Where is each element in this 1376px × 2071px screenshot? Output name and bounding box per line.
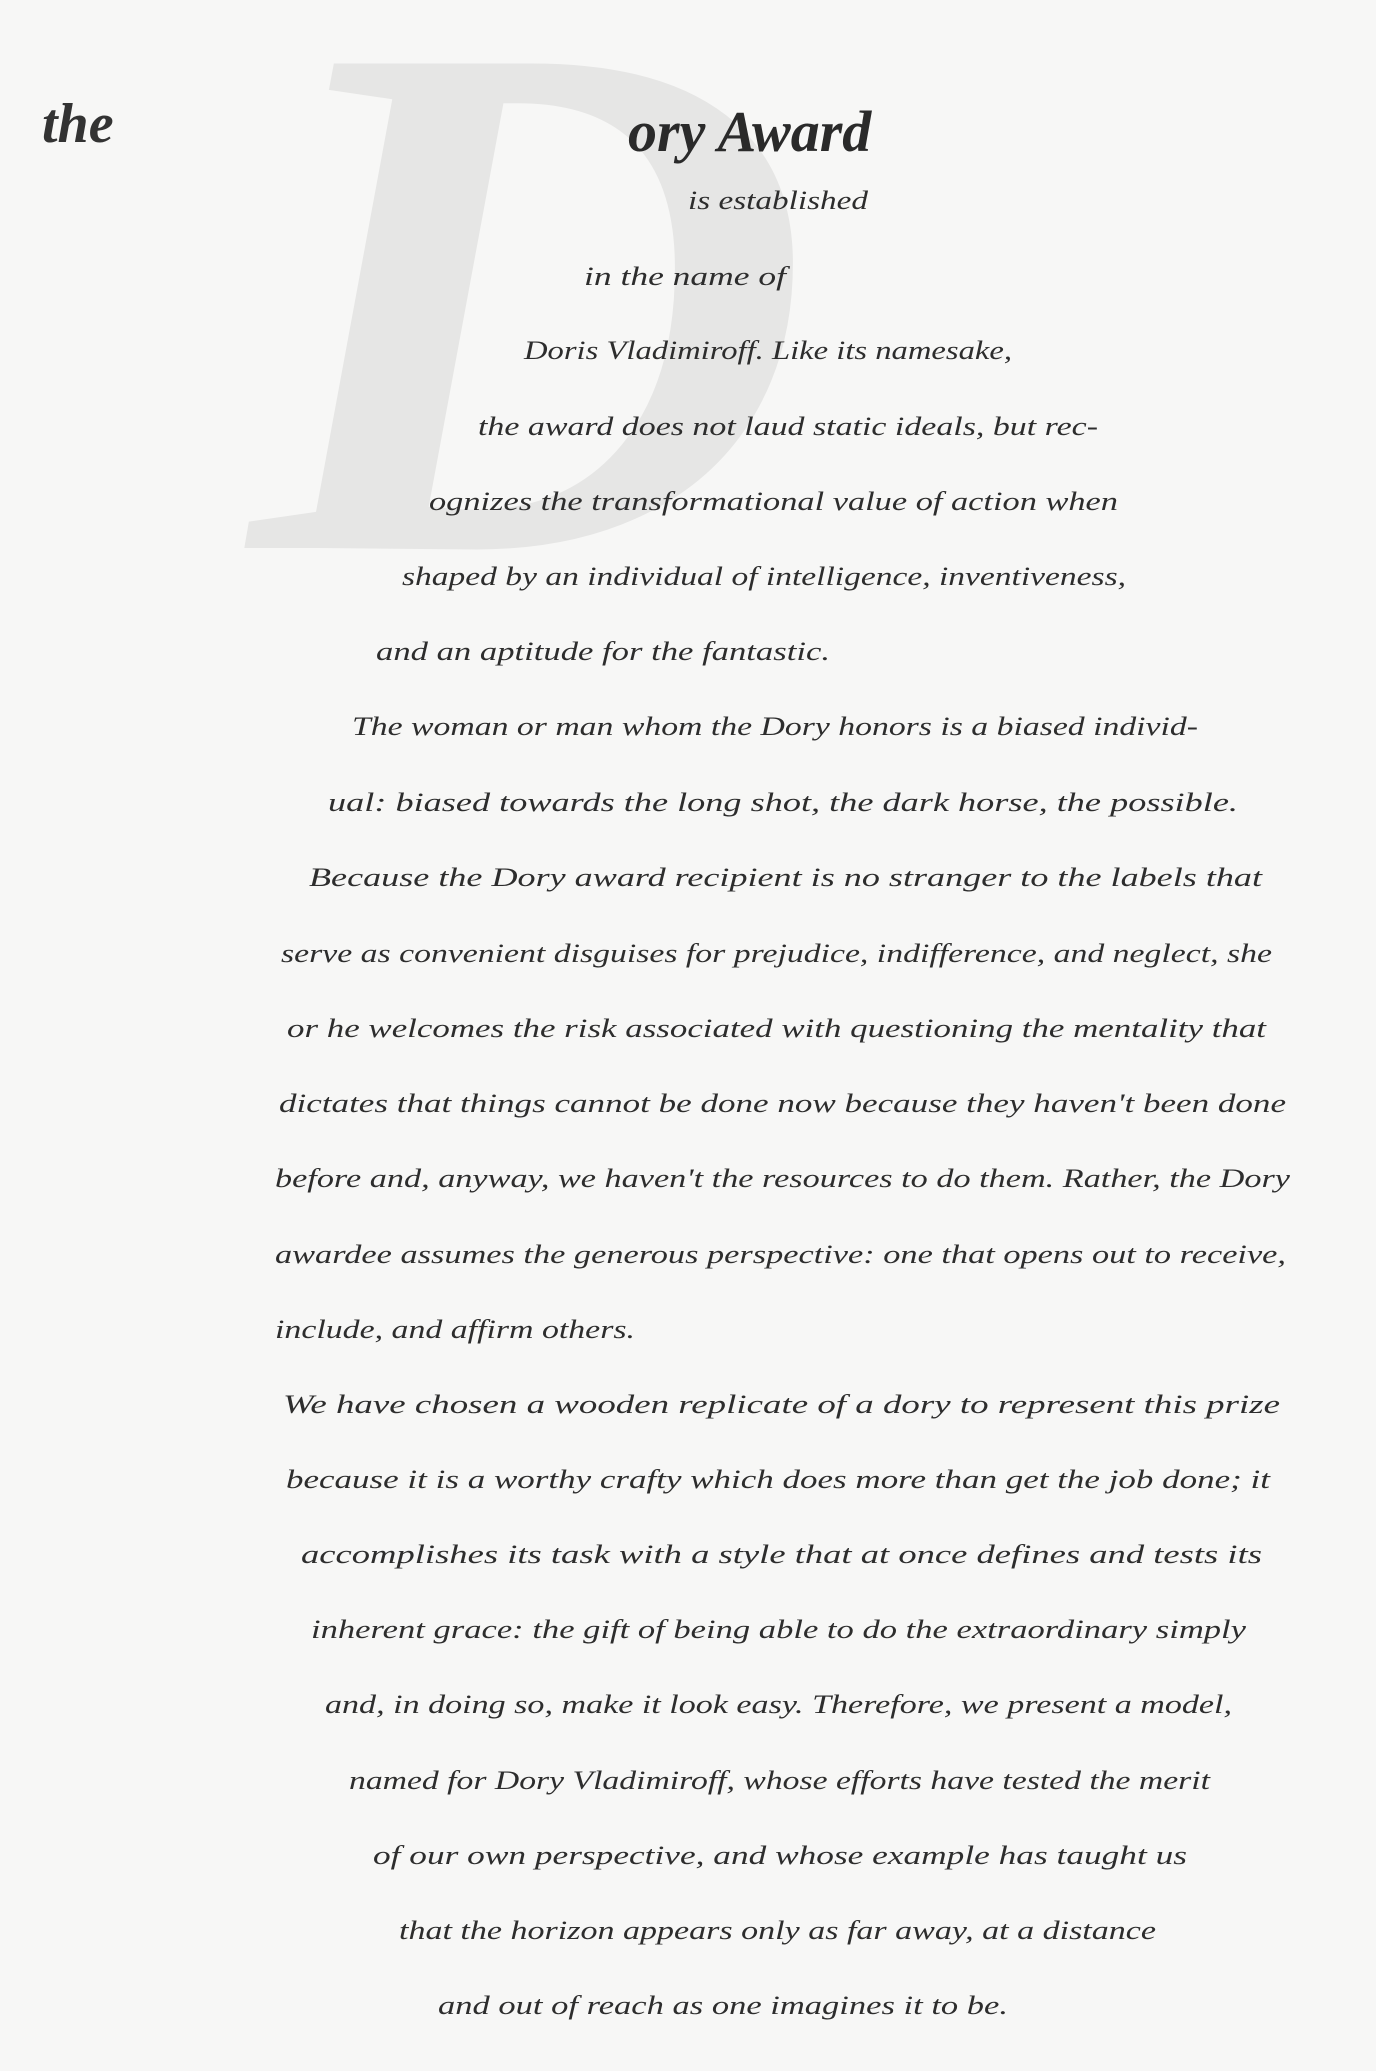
text-line: dictates that things cannot be done now … — [279, 1089, 1286, 1119]
text-line: inherent grace: the gift of being able t… — [311, 1615, 1246, 1645]
page-title: ory Award — [628, 98, 871, 165]
text-line: or he welcomes the risk associated with … — [287, 1014, 1266, 1044]
text-line: and out of reach as one imagines it to b… — [438, 1991, 1008, 2021]
text-line: ual: biased towards the long shot, the d… — [328, 788, 1238, 818]
text-line: of our own perspective, and whose exampl… — [373, 1841, 1187, 1871]
text-line: before and, anyway, we haven't the resou… — [275, 1164, 1290, 1194]
text-line: named for Dory Vladimiroff, whose effort… — [349, 1766, 1210, 1796]
text-line: Doris Vladimiroff. Like its namesake, — [524, 336, 1012, 366]
text-line: awardee assumes the generous perspective… — [275, 1240, 1286, 1270]
text-line: Because the Dory award recipient is no s… — [309, 863, 1262, 893]
text-line: The woman or man whom the Dory honors is… — [352, 712, 1198, 742]
text-line: is established — [688, 186, 868, 216]
text-line: and, in doing so, make it look easy. The… — [325, 1690, 1232, 1720]
text-line: accomplishes its task with a style that … — [301, 1540, 1262, 1570]
text-line: the award does not laud static ideals, b… — [478, 412, 1098, 442]
text-line: We have chosen a wooden replicate of a d… — [283, 1390, 1280, 1420]
text-line: that the horizon appears only as far awa… — [399, 1916, 1156, 1946]
text-line: ognizes the transformational value of ac… — [429, 487, 1118, 517]
text-line: in the name of — [584, 262, 786, 292]
text-line: shaped by an individual of intelligence,… — [402, 562, 1126, 592]
heading-prefix: the — [42, 92, 114, 156]
text-line: and an aptitude for the fantastic. — [376, 637, 830, 667]
text-line: include, and affirm others. — [275, 1315, 635, 1345]
text-line: serve as convenient disguises for prejud… — [281, 939, 1272, 969]
text-line: because it is a worthy crafty which does… — [286, 1465, 1270, 1495]
